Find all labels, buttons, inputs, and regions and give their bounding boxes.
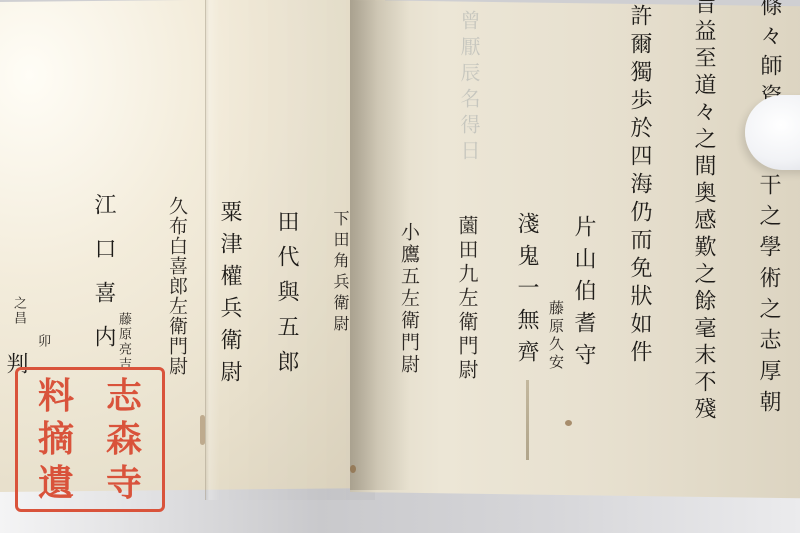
paper-stain [350, 465, 356, 473]
paper-crease [526, 380, 529, 460]
text-column-r6: 淺鬼一無齊 [515, 212, 537, 372]
seal-char: 料 [22, 374, 90, 418]
text-column-l6: 之昌 [12, 296, 25, 326]
seal-char: 志 [90, 374, 158, 418]
text-column-r5-sub: 藤原久安 [548, 300, 563, 372]
paper-stain [565, 420, 572, 426]
text-column-r3: 旨益至道々之間奥感歎之餘毫末不殘 [692, 0, 714, 424]
text-column-l4: 久布白喜郎左衛門尉 [167, 196, 186, 376]
paper-stain [200, 415, 205, 445]
text-column-r8: 小鷹五左衛門尉 [399, 222, 418, 376]
red-collection-seal: 料 志 摘 森 遺 寺 [15, 367, 165, 512]
seal-char: 森 [90, 418, 158, 462]
document-photo: 曾厭辰名得日 條々師資美 今干之學術之志厚朝 旨益至道々之間奥感歎之餘毫末不殘 … [0, 0, 800, 533]
faded-bleedthrough-text: 曾厭辰名得日 [455, 10, 484, 166]
seal-char: 寺 [90, 461, 158, 505]
text-column-l5: 江口喜内 [92, 193, 114, 369]
seal-char: 摘 [22, 418, 90, 462]
text-column-r7: 薗田九左衛門尉 [457, 215, 477, 383]
text-column-r2: 今干之學術之志厚朝 [757, 142, 779, 421]
text-column-r5: 片山伯耆守 [572, 215, 594, 375]
text-column-l2: 田代與五郎 [275, 210, 297, 385]
seal-char: 遺 [22, 461, 90, 505]
text-column-r4: 許爾獨歩於四海仍而免狀如件 [628, 4, 650, 368]
text-column-l6-sub: 卯 [36, 334, 49, 349]
text-column-l3: 粟津權兵衛尉 [218, 200, 240, 392]
text-column-l1: 下田角兵衛尉 [332, 210, 348, 336]
text-column-l4-sub: 藤原亮吉 [117, 312, 130, 372]
